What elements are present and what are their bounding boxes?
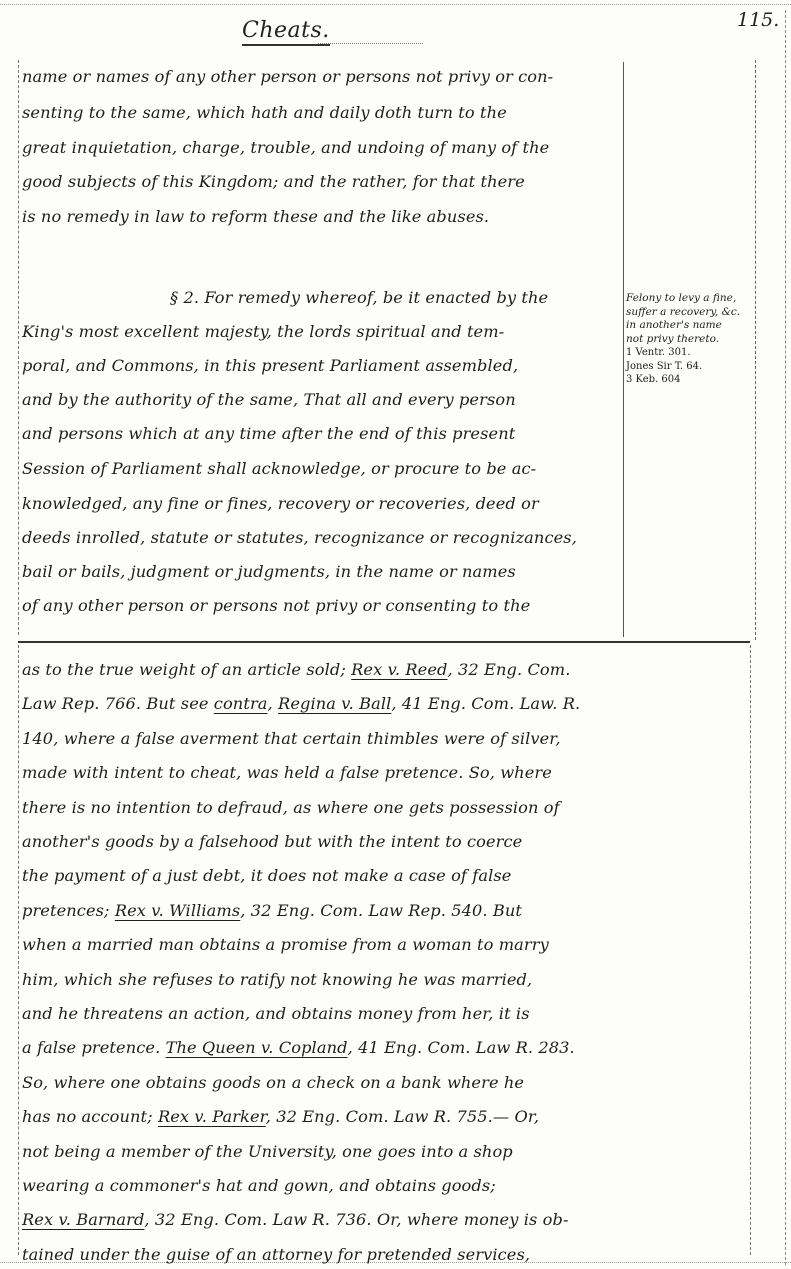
margin-note-line: not privy thereto. xyxy=(626,333,754,347)
case-citation: Regina v. Ball xyxy=(278,694,391,713)
annotation-line: So, where one obtains goods on a check o… xyxy=(22,1073,742,1092)
statute-line: King's most excellent majesty, the lords… xyxy=(22,322,620,341)
statute-line: Session of Parliament shall acknowledge,… xyxy=(22,459,620,478)
margin-note: Felony to levy a fine, suffer a recovery… xyxy=(626,292,754,387)
statute-line: good subjects of this Kingdom; and the r… xyxy=(22,172,620,191)
title-underline xyxy=(318,43,423,45)
annotation-line: Law Rep. 766. But see contra, Regina v. … xyxy=(22,694,742,713)
annotation-line: 140, where a false averment that certain… xyxy=(22,729,742,748)
annotation-left-border xyxy=(18,645,20,1255)
statute-line: name or names of any other person or per… xyxy=(22,67,620,86)
annotation-line: and he threatens an action, and obtains … xyxy=(22,1004,742,1023)
statute-line: great inquietation, charge, trouble, and… xyxy=(22,138,620,157)
annotation-line: has no account; Rex v. Parker, 32 Eng. C… xyxy=(22,1107,742,1126)
margin-column-right-rule xyxy=(755,60,757,640)
case-citation: Rex v. Williams xyxy=(115,901,240,920)
annotation-line: when a married man obtains a promise fro… xyxy=(22,935,742,954)
annotation-line: not being a member of the University, on… xyxy=(22,1142,742,1161)
margin-note-line: Felony to levy a fine, xyxy=(626,292,754,306)
case-citation: Rex v. Parker xyxy=(158,1107,266,1126)
manuscript-page: Cheats. 115. name or names of any other … xyxy=(0,0,791,1269)
annotation-line: pretences; Rex v. Williams, 32 Eng. Com.… xyxy=(22,901,742,920)
statute-line: and by the authority of the same, That a… xyxy=(22,390,620,409)
annotation-line: made with intent to cheat, was held a fa… xyxy=(22,763,742,782)
statute-line: deeds inrolled, statute or statutes, rec… xyxy=(22,528,620,547)
section-divider xyxy=(18,641,750,643)
margin-note-line: suffer a recovery, &c. xyxy=(626,306,754,320)
statute-line: knowledged, any fine or fines, recovery … xyxy=(22,494,620,513)
case-citation: Rex v. Barnard xyxy=(22,1210,144,1229)
annotation-line: tained under the guise of an attorney fo… xyxy=(22,1245,742,1264)
statute-line: is no remedy in law to reform these and … xyxy=(22,207,620,226)
case-citation: contra xyxy=(214,694,268,713)
statute-line: senting to the same, which hath and dail… xyxy=(22,103,620,122)
annotation-line: there is no intention to defraud, as whe… xyxy=(22,798,742,817)
statute-line: poral, and Commons, in this present Parl… xyxy=(22,356,620,375)
statute-line: and persons which at any time after the … xyxy=(22,424,620,443)
annotation-line: another's goods by a falsehood but with … xyxy=(22,832,742,851)
statute-left-border xyxy=(18,60,20,635)
page-right-edge xyxy=(785,10,787,1265)
margin-column-left-rule xyxy=(623,62,625,637)
annotation-line: a false pretence. The Queen v. Copland, … xyxy=(22,1038,742,1057)
annotation-line: him, which she refuses to ratify not kno… xyxy=(22,970,742,989)
top-edge-rule xyxy=(0,4,791,6)
margin-note-line: in another's name xyxy=(626,319,754,333)
margin-citation: 3 Keb. 604 xyxy=(626,373,754,387)
margin-citation: Jones Sir T. 64. xyxy=(626,360,754,374)
annotation-line: as to the true weight of an article sold… xyxy=(22,660,742,679)
annotation-right-border xyxy=(750,645,752,1255)
annotation-line: Rex v. Barnard, 32 Eng. Com. Law R. 736.… xyxy=(22,1210,742,1229)
statute-line: bail or bails, judgment or judgments, in… xyxy=(22,562,620,581)
annotation-line: the payment of a just debt, it does not … xyxy=(22,866,742,885)
margin-citation: 1 Ventr. 301. xyxy=(626,346,754,360)
annotation-line: wearing a commoner's hat and gown, and o… xyxy=(22,1176,742,1195)
statute-line: of any other person or persons not privy… xyxy=(22,596,620,615)
case-citation: The Queen v. Copland xyxy=(166,1038,348,1057)
page-title: Cheats. xyxy=(242,18,330,46)
page-number: 115. xyxy=(737,9,779,31)
case-citation: Rex v. Reed xyxy=(351,660,447,679)
